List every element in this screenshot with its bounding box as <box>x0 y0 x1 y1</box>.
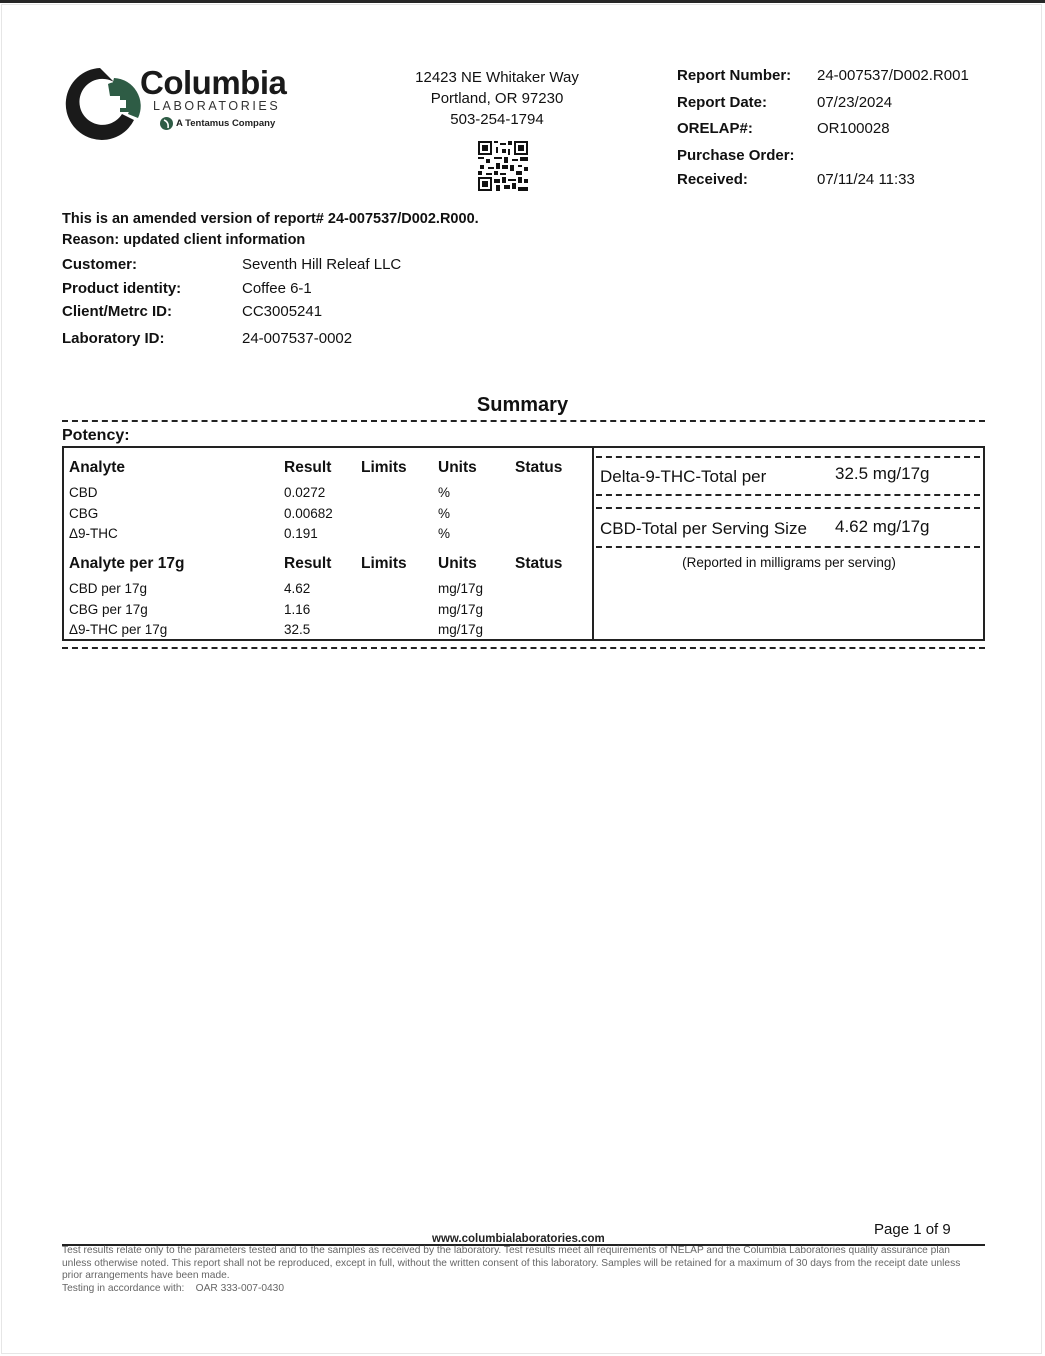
field-label: Customer: <box>62 256 242 280</box>
report-date-row: Report Date:07/23/2024 <box>677 94 969 121</box>
field-label: Laboratory ID: <box>62 330 242 354</box>
testing-line: Testing in accordance with: OAR 333-007-… <box>62 1283 982 1296</box>
logo-tagline: A Tentamus Company <box>176 118 275 129</box>
page-number: Page 1 of 9 <box>874 1221 951 1238</box>
amendment-notice: This is an amended version of report# 24… <box>62 209 479 251</box>
table-cell: 0.0272 <box>284 485 325 500</box>
purchase-order-row: Purchase Order: <box>677 147 969 174</box>
table-cell: 0.191 <box>284 526 318 541</box>
report-info: Report Number:24-007537/D002.R001 Report… <box>677 67 969 198</box>
field-value: Seventh Hill Releaf LLC <box>242 256 401 280</box>
col-header: Result <box>284 459 331 477</box>
dashed-divider <box>62 647 985 649</box>
info-label: Purchase Order: <box>677 147 817 174</box>
col-header: Limits <box>361 555 407 573</box>
info-label: Report Number: <box>677 67 817 94</box>
dashed-divider <box>596 494 980 496</box>
info-value: 24-007537/D002.R001 <box>817 67 969 94</box>
col-header: Limits <box>361 459 407 477</box>
client-id-row: Client/Metrc ID:CC3005241 <box>62 303 401 327</box>
info-label: ORELAP#: <box>677 120 817 147</box>
lab-address: 12423 NE Whitaker Way Portland, OR 97230… <box>390 67 604 130</box>
qr-code-icon <box>478 141 528 191</box>
col-header: Units <box>438 459 477 477</box>
table-cell: % <box>438 506 450 521</box>
field-value: Coffee 6-1 <box>242 280 312 304</box>
dashed-divider <box>596 456 980 458</box>
table-cell: mg/17g <box>438 622 483 637</box>
info-value: OR100028 <box>817 120 890 147</box>
page-border <box>1 4 1042 1354</box>
table-cell: 4.62 <box>284 581 310 596</box>
table-cell: CBG <box>69 506 98 521</box>
amendment-reason: Reason: updated client information <box>62 230 479 251</box>
received-row: Received:07/11/24 11:33 <box>677 171 969 198</box>
table-cell: 1.16 <box>284 602 310 617</box>
table-cell: 32.5 <box>284 622 310 637</box>
amendment-line: This is an amended version of report# 24… <box>62 209 479 230</box>
testing-value: OAR 333-007-0430 <box>196 1283 284 1294</box>
thc-total-value: 32.5 mg/17g <box>835 464 930 484</box>
col-header: Result <box>284 555 331 573</box>
dashed-divider <box>62 420 985 422</box>
box-divider <box>592 446 594 641</box>
cbd-total-value: 4.62 mg/17g <box>835 517 930 537</box>
info-label: Report Date: <box>677 94 817 121</box>
table-cell: 0.00682 <box>284 506 333 521</box>
table-cell: mg/17g <box>438 602 483 617</box>
col-header: Status <box>515 555 562 573</box>
info-value: 07/11/24 11:33 <box>817 171 915 198</box>
disclaimer-line: prior arrangements have been made. <box>62 1270 982 1283</box>
address-street: 12423 NE Whitaker Way <box>390 67 604 88</box>
tentamus-icon <box>159 116 174 131</box>
table-cell: % <box>438 485 450 500</box>
lab-id-row: Laboratory ID:24-007537-0002 <box>62 330 401 354</box>
customer-info: Customer:Seventh Hill Releaf LLC Product… <box>62 256 401 353</box>
col-header: Analyte <box>69 459 125 477</box>
logo-name: Columbia <box>140 64 286 102</box>
info-label: Received: <box>677 171 817 198</box>
customer-row: Customer:Seventh Hill Releaf LLC <box>62 256 401 280</box>
info-value: 07/23/2024 <box>817 94 892 121</box>
window-top-bar <box>0 0 1045 3</box>
col-header: Analyte per 17g <box>69 555 184 573</box>
potency-heading: Potency: <box>62 427 130 445</box>
table-cell: CBD per 17g <box>69 581 147 596</box>
thc-total-label: Delta-9-THC-Total per <box>600 467 766 487</box>
cbd-total-label: CBD-Total per Serving Size <box>600 519 807 539</box>
disclaimer-line: unless otherwise noted. This report shal… <box>62 1258 982 1271</box>
testing-label: Testing in accordance with: <box>62 1283 184 1294</box>
summary-title: Summary <box>0 394 1045 417</box>
footer-disclaimer: Test results relate only to the paramete… <box>62 1245 982 1296</box>
dashed-divider <box>596 546 980 548</box>
table-cell: Δ9-THC per 17g <box>69 622 167 637</box>
table-cell: Δ9-THC <box>69 526 118 541</box>
disclaimer-line: Test results relate only to the paramete… <box>62 1245 982 1258</box>
address-phone: 503-254-1794 <box>390 109 604 130</box>
table-cell: CBG per 17g <box>69 602 148 617</box>
col-header: Status <box>515 459 562 477</box>
serving-note: (Reported in milligrams per serving) <box>594 555 984 570</box>
table-cell: % <box>438 526 450 541</box>
table-cell: mg/17g <box>438 581 483 596</box>
field-label: Product identity: <box>62 280 242 304</box>
field-value: 24-007537-0002 <box>242 330 352 354</box>
dashed-divider <box>596 507 980 509</box>
product-row: Product identity:Coffee 6-1 <box>62 280 401 304</box>
logo-subtitle: LABORATORIES <box>153 99 280 113</box>
report-number-row: Report Number:24-007537/D002.R001 <box>677 67 969 94</box>
orelap-row: ORELAP#:OR100028 <box>677 120 969 147</box>
address-city: Portland, OR 97230 <box>390 88 604 109</box>
field-value: CC3005241 <box>242 303 322 327</box>
table-cell: CBD <box>69 485 98 500</box>
col-header: Units <box>438 555 477 573</box>
field-label: Client/Metrc ID: <box>62 303 242 327</box>
